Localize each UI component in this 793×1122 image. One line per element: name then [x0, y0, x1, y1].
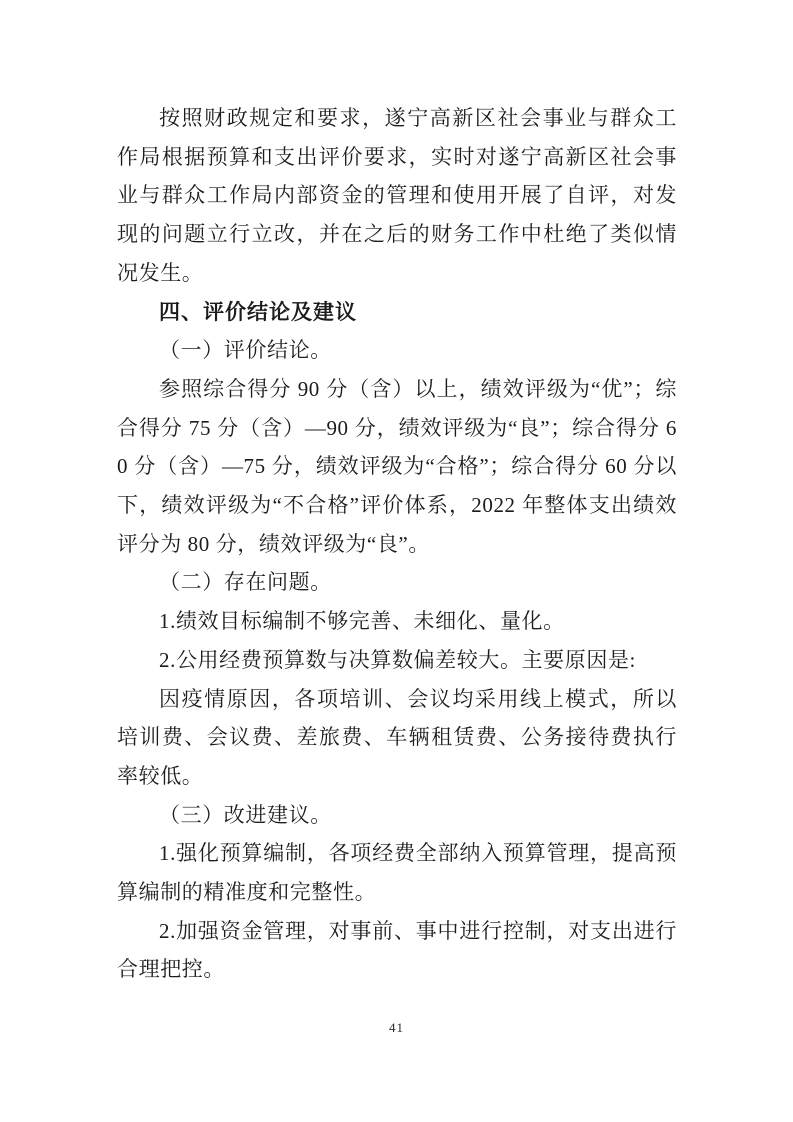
- body-paragraph: 1.绩效目标编制不够完善、未细化、量化。: [117, 602, 677, 641]
- body-paragraph: （一）评价结论。: [117, 331, 677, 370]
- body-paragraph: 因疫情原因，各项培训、会议均采用线上模式，所以培训费、会议费、差旅费、车辆租赁费…: [117, 680, 677, 796]
- body-paragraph: 按照财政规定和要求，遂宁高新区社会事业与群众工作局根据预算和支出评价要求，实时对…: [117, 99, 677, 293]
- body-paragraph: 1.强化预算编制，各项经费全部纳入预算管理，提高预算编制的精准度和完整性。: [117, 834, 677, 911]
- page-content: 按照财政规定和要求，遂宁高新区社会事业与群众工作局根据预算和支出评价要求，实时对…: [117, 99, 677, 989]
- section-heading: 四、评价结论及建议: [117, 293, 677, 332]
- body-paragraph: （二）存在问题。: [117, 563, 677, 602]
- page-number: 41: [389, 1020, 404, 1035]
- body-paragraph: （三）改进建议。: [117, 796, 677, 835]
- body-paragraph: 2.加强资金管理，对事前、事中进行控制，对支出进行合理把控。: [117, 912, 677, 989]
- body-paragraph: 参照综合得分 90 分（含）以上，绩效评级为“优”；综合得分 75 分（含）—9…: [117, 370, 677, 564]
- page-footer: 41: [0, 1020, 793, 1036]
- document-page: 按照财政规定和要求，遂宁高新区社会事业与群众工作局根据预算和支出评价要求，实时对…: [0, 0, 793, 1122]
- body-paragraph: 2.公用经费预算数与决算数偏差较大。主要原因是:: [117, 641, 677, 680]
